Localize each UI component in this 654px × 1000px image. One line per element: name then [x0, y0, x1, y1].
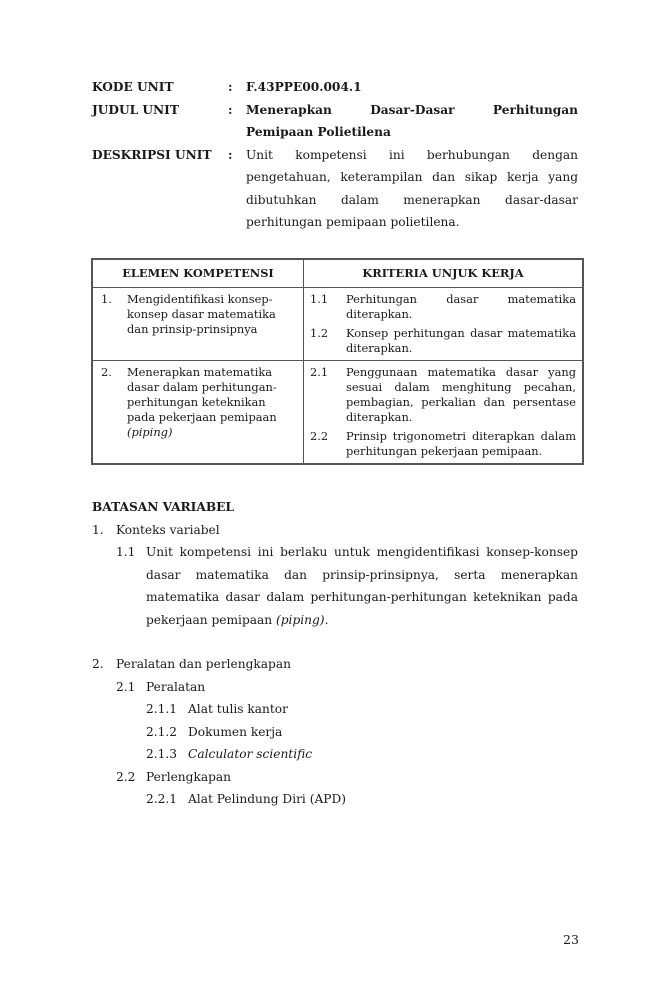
list-number: 2.1: [116, 676, 146, 699]
list-number: 2.2.1: [146, 788, 188, 811]
list-item: 2.1 Peralatan: [92, 676, 578, 699]
criteria-cell: 2.1 Penggunaan matematika dasar yang ses…: [304, 361, 584, 465]
deskripsi-unit-label: DESKRIPSI UNIT: [92, 144, 228, 234]
list-number: 2.2: [116, 766, 146, 789]
criteria-item: 2.2 Prinsip trigonometri diterapkan dala…: [310, 429, 576, 459]
colon: :: [228, 76, 246, 99]
judul-unit-value: Menerapkan Dasar-Dasar Perhitungan Pemip…: [246, 99, 578, 144]
colon: :: [228, 99, 246, 144]
list-text: Alat tulis kantor: [188, 698, 578, 721]
kode-unit-label: KODE UNIT: [92, 76, 228, 99]
criteria-item: 2.1 Penggunaan matematika dasar yang ses…: [310, 365, 576, 425]
list-number: 2.1.1: [146, 698, 188, 721]
competency-table: ELEMEN KOMPETENSI KRITERIA UNJUK KERJA 1…: [91, 258, 584, 465]
section-title: BATASAN VARIABEL: [92, 496, 578, 519]
element-cell: 1. Mengidentifikasi konsep-konsep dasar …: [92, 288, 304, 361]
criteria-cell: 1.1 Perhitungan dasar matematika diterap…: [304, 288, 584, 361]
criteria-number: 1.1: [310, 292, 346, 322]
list-number: 1.1: [116, 541, 146, 631]
list-text: Konteks variabel: [116, 519, 578, 542]
kode-unit-row: KODE UNIT : F.43PPE00.004.1: [92, 76, 578, 99]
colon: :: [228, 144, 246, 234]
criteria-item: 1.1 Perhitungan dasar matematika diterap…: [310, 292, 576, 322]
page-number: 23: [563, 932, 579, 947]
table-row: 2. Menerapkan matematika dasar dalam per…: [92, 361, 583, 465]
list-text: Calculator scientific: [188, 743, 578, 766]
element-number: 2.: [101, 365, 127, 440]
judul-unit-label: JUDUL UNIT: [92, 99, 228, 144]
criteria-number: 2.1: [310, 365, 346, 425]
element-cell: 2. Menerapkan matematika dasar dalam per…: [92, 361, 304, 465]
document-page: KODE UNIT : F.43PPE00.004.1 JUDUL UNIT :…: [0, 0, 654, 1000]
criteria-text: Konsep perhitungan dasar matematika dite…: [346, 326, 576, 356]
list-text: Dokumen kerja: [188, 721, 578, 744]
element-text: Menerapkan matematika dasar dalam perhit…: [127, 365, 297, 440]
header-kriteria-unjuk-kerja: KRITERIA UNJUK KERJA: [304, 259, 584, 288]
criteria-text: Perhitungan dasar matematika diterapkan.: [346, 292, 576, 322]
list-item: 2.2 Perlengkapan: [92, 766, 578, 789]
batasan-variabel-section: BATASAN VARIABEL 1. Konteks variabel 1.1…: [92, 496, 578, 811]
list-text: Unit kompetensi ini berlaku untuk mengid…: [146, 541, 578, 631]
element-text: Mengidentifikasi konsep-konsep dasar mat…: [127, 292, 297, 337]
list-item: 2.1.3 Calculator scientific: [92, 743, 578, 766]
unit-info: KODE UNIT : F.43PPE00.004.1 JUDUL UNIT :…: [92, 76, 578, 234]
list-number: 2.1.3: [146, 743, 188, 766]
element-italic-term: (piping): [127, 425, 172, 439]
list-number: 2.1.2: [146, 721, 188, 744]
criteria-text: Prinsip trigonometri diterapkan dalam pe…: [346, 429, 576, 459]
judul-unit-row: JUDUL UNIT : Menerapkan Dasar-Dasar Perh…: [92, 99, 578, 144]
italic-term: (piping): [276, 613, 325, 627]
list-text: Peralatan dan perlengkapan: [116, 653, 578, 676]
list-item: 2. Peralatan dan perlengkapan: [92, 653, 578, 676]
criteria-number: 2.2: [310, 429, 346, 459]
element-number: 1.: [101, 292, 127, 337]
list-number: 2.: [92, 653, 116, 676]
list-text: Alat Pelindung Diri (APD): [188, 788, 578, 811]
kode-unit-value: F.43PPE00.004.1: [246, 76, 578, 99]
list-text: Perlengkapan: [146, 766, 578, 789]
table-row: 1. Mengidentifikasi konsep-konsep dasar …: [92, 288, 583, 361]
deskripsi-unit-row: DESKRIPSI UNIT : Unit kompetensi ini ber…: [92, 144, 578, 234]
header-elemen-kompetensi: ELEMEN KOMPETENSI: [92, 259, 304, 288]
list-item: 2.1.1 Alat tulis kantor: [92, 698, 578, 721]
list-text: Peralatan: [146, 676, 578, 699]
list-number: 1.: [92, 519, 116, 542]
list-item: 2.2.1 Alat Pelindung Diri (APD): [92, 788, 578, 811]
list-item: 1. Konteks variabel: [92, 519, 578, 542]
deskripsi-unit-value: Unit kompetensi ini berhubungan dengan p…: [246, 144, 578, 234]
criteria-item: 1.2 Konsep perhitungan dasar matematika …: [310, 326, 576, 356]
criteria-text: Penggunaan matematika dasar yang sesuai …: [346, 365, 576, 425]
criteria-number: 1.2: [310, 326, 346, 356]
list-item: 1.1 Unit kompetensi ini berlaku untuk me…: [92, 541, 578, 631]
list-item: 2.1.2 Dokumen kerja: [92, 721, 578, 744]
